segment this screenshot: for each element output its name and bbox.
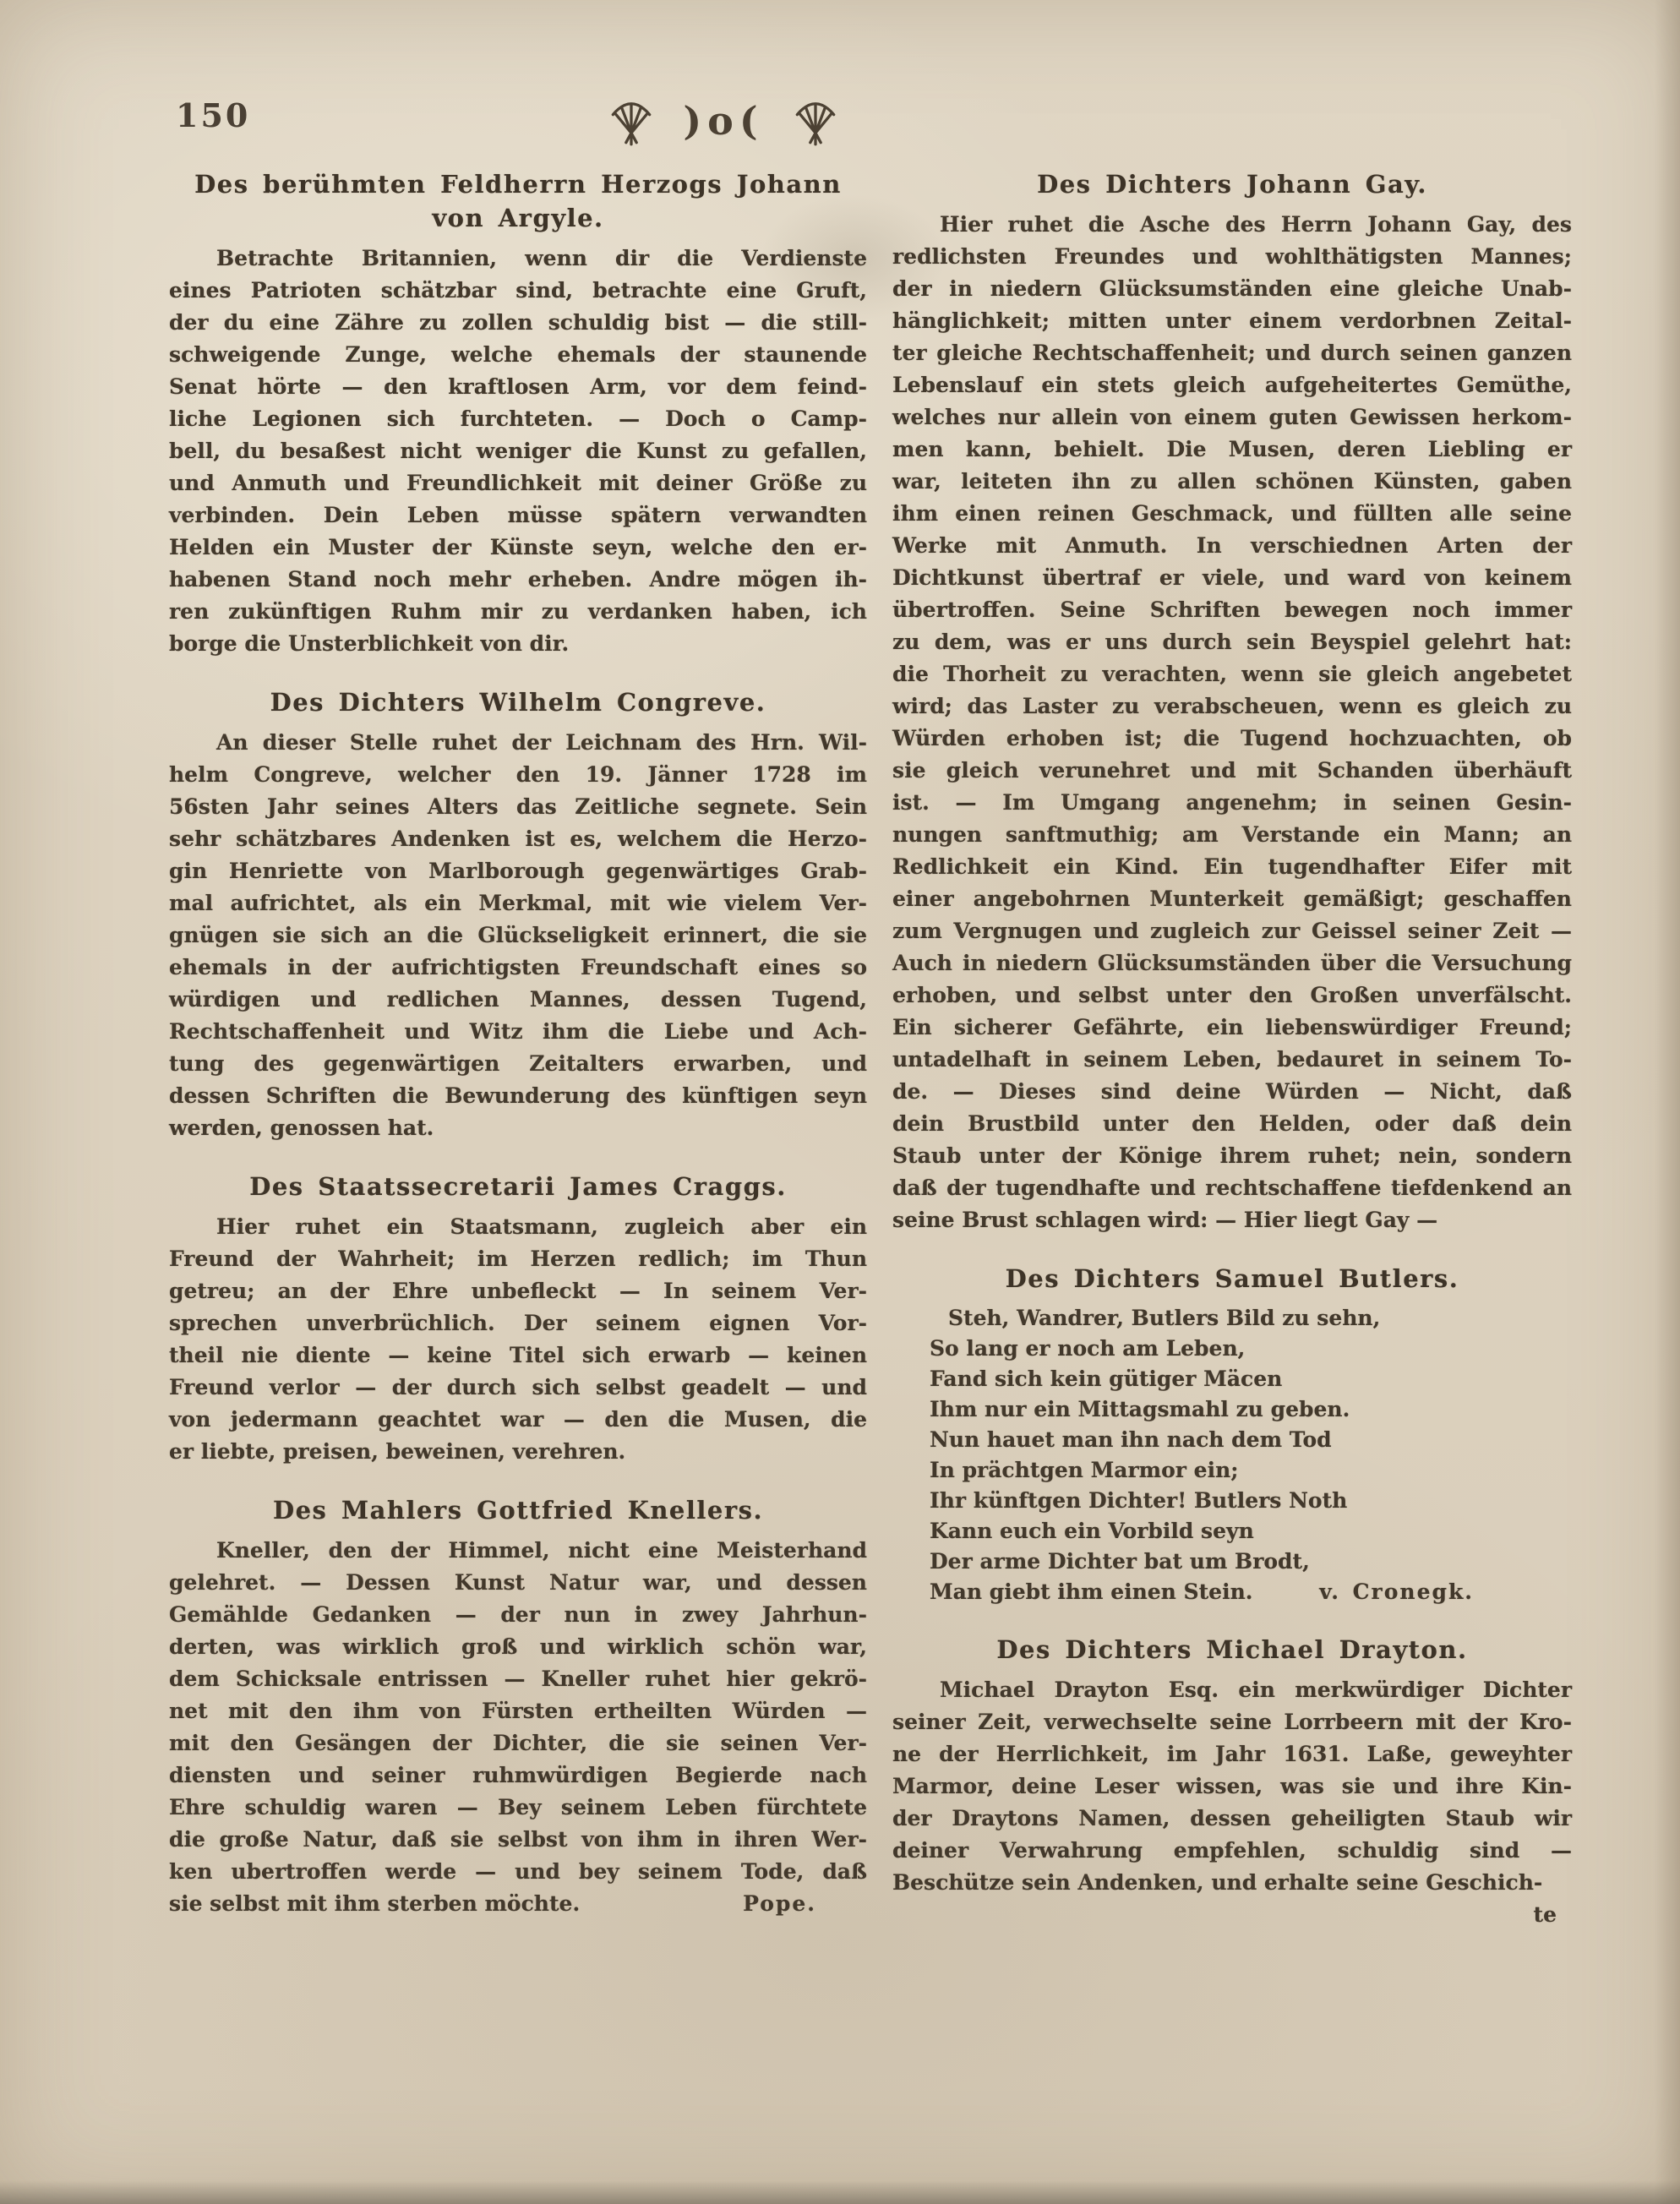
section-body: Hier ruhet die Asche des Herrn Johann Ga… (892, 209, 1572, 1236)
text-line: Hier ruhet die Asche des Herrn Johann Ga… (892, 209, 1572, 241)
text-line: übertroffen. Seine Schriften bewegen noc… (892, 594, 1572, 626)
text-line: Rechtschaffenheit und Witz ihm die Liebe… (169, 1016, 867, 1048)
text-line: zu dem, was er uns durch sein Beyspiel g… (892, 626, 1572, 658)
section-heading: Des Dichters Johann Gay. (892, 167, 1572, 201)
text-line: ter gleiche Rechtschaffenheit; und durch… (892, 337, 1572, 369)
section-body: Kneller, den der Himmel, nicht eine Meis… (169, 1535, 867, 1920)
text-line: die große Natur, daß sie selbst von ihm … (169, 1824, 867, 1856)
text-line: Ein sicherer Gefährte, ein liebenswürdig… (892, 1012, 1572, 1044)
text-line: Würden erhoben ist; die Tugend hochzuach… (892, 723, 1572, 755)
text-line: schweigende Zunge, welche ehemals der st… (169, 339, 867, 371)
poem-line: Man giebt ihm einen Stein.v. Cronegk. (892, 1577, 1572, 1607)
text-line: getreu; an der Ehre unbefleckt — In sein… (169, 1275, 867, 1307)
right-column: Des Dichters Johann Gay.Hier ruhet die A… (892, 167, 1572, 1931)
section-heading: Des Dichters Wilhelm Congreve. (169, 685, 867, 719)
text-line: sie gleich verunehret und mit Schanden ü… (892, 755, 1572, 787)
text-line: Hier ruhet ein Staatsmann, zugleich aber… (169, 1211, 867, 1243)
text-line: seine Brust schlagen wird: — Hier liegt … (892, 1204, 1572, 1236)
text-line: Michael Drayton Esq. ein merkwürdiger Di… (892, 1674, 1572, 1706)
section-body: Betrachte Britannien, wenn dir die Verdi… (169, 243, 867, 660)
text-line: Gemählde Gedanken — der nun in zwey Jahr… (169, 1599, 867, 1631)
text-line: net mit den ihm von Fürsten ertheilten W… (169, 1695, 867, 1727)
epitaph-section: Des Dichters Samuel Butlers.Steh, Wandre… (892, 1262, 1572, 1607)
text-line: ne der Herrlichkeit, im Jahr 1631. Laße,… (892, 1738, 1572, 1770)
text-line: Ehre schuldig waren — Bey seinem Leben f… (169, 1792, 867, 1824)
text-line: 56sten Jahr seines Alters das Zeitliche … (169, 791, 867, 823)
text-line: welches nur allein von einem guten Gewis… (892, 401, 1572, 434)
section-heading: Des berühmten Feldherrn Herzogs Johann (169, 167, 867, 201)
text-line: er liebte, preisen, beweinen, verehren. (169, 1436, 867, 1468)
text-line: dem Schicksale entrissen — Kneller ruhet… (169, 1663, 867, 1695)
text-line: ren zukünftigen Ruhm mir zu verdanken ha… (169, 596, 867, 628)
book-page-scan: 150 )o( Des berühmten Feldherrn Herzogs … (0, 0, 1680, 2204)
text-line: verbinden. Dein Leben müsse spätern verw… (169, 499, 867, 532)
text-line: die Thorheit zu verachten, wenn sie glei… (892, 658, 1572, 690)
text-line: Lebenslauf ein stets gleich aufgeheitert… (892, 369, 1572, 401)
epitaph-section: Des Dichters Wilhelm Congreve.An dieser … (169, 685, 867, 1144)
text-line: daß der tugendhafte und rechtschaffene t… (892, 1172, 1572, 1204)
text-line: seiner Zeit, verwechselte seine Lorrbeer… (892, 1706, 1572, 1738)
epitaph-section: Des Dichters Johann Gay.Hier ruhet die A… (892, 167, 1572, 1236)
poem-line: Kann euch ein Vorbild seyn (892, 1516, 1572, 1547)
text-line: würdigen und redlichen Mannes, dessen Tu… (169, 984, 867, 1016)
text-line: derten, was wirklich groß und wirklich s… (169, 1631, 867, 1663)
text-line: Beschütze sein Andenken, und erhalte sei… (892, 1867, 1572, 1899)
text-line: Senat hörte — den kraftlosen Arm, vor de… (169, 371, 867, 403)
section-body: Michael Drayton Esq. ein merkwürdiger Di… (892, 1674, 1572, 1899)
text-line: erhoben, und selbst unter den Großen unv… (892, 979, 1572, 1012)
poem-line: Fand sich kein gütiger Mäcen (892, 1364, 1572, 1394)
text-line: gin Henriette von Marlborough gegenwärti… (169, 855, 867, 887)
poem-line: Der arme Dichter bat um Brodt, (892, 1547, 1572, 1577)
text-line: dessen Schriften die Bewunderung des kün… (169, 1080, 867, 1112)
section-heading: Des Mahlers Gottfried Knellers. (169, 1493, 867, 1527)
text-line: Werke mit Anmuth. In verschiednen Arten … (892, 530, 1572, 562)
text-line: mal aufrichtet, als ein Merkmal, mit wie… (169, 887, 867, 919)
text-line: Redlichkeit ein Kind. Ein tugendhafter E… (892, 851, 1572, 883)
epitaph-section: Des Staatssecretarii James Craggs.Hier r… (169, 1170, 867, 1468)
section-body: An dieser Stelle ruhet der Leichnam des … (169, 727, 867, 1144)
epitaph-section: Des Mahlers Gottfried Knellers.Kneller, … (169, 1493, 867, 1920)
text-line: der du eine Zähre zu zollen schuldig bis… (169, 307, 867, 339)
text-line: Man giebt ihm einen Stein. (930, 1577, 1252, 1607)
text-line: und Anmuth und Freundlichkeit mit deiner… (169, 467, 867, 499)
left-column: Des berühmten Feldherrn Herzogs Johannvo… (169, 167, 867, 1931)
text-line: der in niedern Glücksumständen eine glei… (892, 273, 1572, 305)
text-line: bell, du besaßest nicht weniger die Kuns… (169, 435, 867, 467)
text-line: liche Legionen sich furchteten. — Doch o… (169, 403, 867, 435)
section-heading: von Argyle. (169, 201, 867, 235)
text-line: tung des gegenwärtigen Zeitalters erwarb… (169, 1048, 867, 1080)
text-line: borge die Unsterblichkeit von dir. (169, 628, 867, 660)
text-line: eines Patrioten schätzbar sind, betracht… (169, 275, 867, 307)
text-line: werden, genossen hat. (169, 1112, 867, 1144)
author-signature: Pope. (743, 1888, 816, 1920)
text-line: sehr schätzbares Andenken ist es, welche… (169, 823, 867, 855)
text-line: sprechen unverbrüchlich. Der seinem eign… (169, 1307, 867, 1339)
text-line: war, leiteten ihn zu allen schönen Künst… (892, 466, 1572, 498)
poem-line: So lang er noch am Leben, (892, 1334, 1572, 1364)
text-line: helm Congreve, welcher den 19. Jänner 17… (169, 759, 867, 791)
epitaph-section: Des berühmten Feldherrn Herzogs Johannvo… (169, 167, 867, 660)
catchword: te (892, 1899, 1572, 1931)
poem-line: Ihr künftgen Dichter! Butlers Noth (892, 1486, 1572, 1516)
text-line: ken ubertroffen werde — und bey seinem T… (169, 1856, 867, 1888)
page-edge-shadow (0, 2180, 1680, 2204)
text-line: habenen Stand noch mehr erheben. Andre m… (169, 564, 867, 596)
section-body: Steh, Wandrer, Butlers Bild zu sehn,So l… (892, 1303, 1572, 1607)
text-line: Betrachte Britannien, wenn dir die Verdi… (169, 243, 867, 275)
text-line: wird; das Laster zu verabscheuen, wenn e… (892, 690, 1572, 723)
text-line: einer angebohrnen Munterkeit gemäßigt; g… (892, 883, 1572, 915)
text-line: ehemals in der aufrichtigsten Freundscha… (169, 952, 867, 984)
text-line: Freund verlor — der durch sich selbst ge… (169, 1372, 867, 1404)
text-line: gelehret. — Dessen Kunst Natur war, und … (169, 1567, 867, 1599)
text-line: Helden ein Muster der Künste seyn, welch… (169, 532, 867, 564)
text-line: ist. — Im Umgang angenehm; in seinen Ges… (892, 787, 1572, 819)
text-line: redlichsten Freundes und wohlthätigsten … (892, 241, 1572, 273)
text-line: de. — Dieses sind deine Würden — Nicht, … (892, 1076, 1572, 1108)
text-line: Dichtkunst übertraf er viele, und ward v… (892, 562, 1572, 594)
section-heading: Des Staatssecretarii James Craggs. (169, 1170, 867, 1203)
author-signature: v. Cronegk. (1319, 1577, 1474, 1607)
poem-line: Ihm nur ein Mittagsmahl zu geben. (892, 1394, 1572, 1425)
text-line: An dieser Stelle ruhet der Leichnam des … (169, 727, 867, 759)
text-line: Auch in niedern Glücksumständen über die… (892, 947, 1572, 979)
poem-line: In prächtgen Marmor ein; (892, 1455, 1572, 1486)
text-line: Freund der Wahrheit; im Herzen redlich; … (169, 1243, 867, 1275)
text-line: von jedermann geachtet war — den die Mus… (169, 1404, 867, 1436)
text-line: dein Brustbild unter den Helden, oder da… (892, 1108, 1572, 1140)
epitaph-section: Des Dichters Michael Drayton.Michael Dra… (892, 1633, 1572, 1899)
section-body: Hier ruhet ein Staatsmann, zugleich aber… (169, 1211, 867, 1468)
text-line: Staub unter der Könige ihrem ruhet; nein… (892, 1140, 1572, 1172)
text-columns: Des berühmten Feldherrn Herzogs Johannvo… (0, 0, 1680, 1931)
text-line: gnügen sie sich an die Glückseligkeit er… (169, 919, 867, 952)
text-line: diensten und seiner ruhmwürdigen Begierd… (169, 1759, 867, 1792)
text-line: sie selbst mit ihm sterben möchte.Pope. (169, 1888, 867, 1920)
text-line: sie selbst mit ihm sterben möchte. (169, 1888, 580, 1920)
text-line: zum Vergnugen und zugleich zur Geissel s… (892, 915, 1572, 947)
text-line: theil nie diente — keine Titel sich erwa… (169, 1339, 867, 1372)
text-line: untadelhaft in seinem Leben, bedauret in… (892, 1044, 1572, 1076)
text-line: mit den Gesängen der Dichter, die sie se… (169, 1727, 867, 1759)
section-heading: Des Dichters Michael Drayton. (892, 1633, 1572, 1667)
poem-line: Nun hauet man ihn nach dem Tod (892, 1425, 1572, 1455)
text-line: ihm einen reinen Geschmack, und füllten … (892, 498, 1572, 530)
section-heading: Des Dichters Samuel Butlers. (892, 1262, 1572, 1296)
text-line: der Draytons Namen, dessen geheiligten S… (892, 1803, 1572, 1835)
text-line: nungen sanftmuthig; am Verstande ein Man… (892, 819, 1572, 851)
poem-line: Steh, Wandrer, Butlers Bild zu sehn, (892, 1303, 1572, 1334)
text-line: hänglichkeit; mitten unter einem verdorb… (892, 305, 1572, 337)
text-line: deiner Verwahrung empfehlen, schuldig si… (892, 1835, 1572, 1867)
text-line: Marmor, deine Leser wissen, was sie und … (892, 1770, 1572, 1803)
text-line: men kann, behielt. Die Musen, deren Lieb… (892, 434, 1572, 466)
text-line: Kneller, den der Himmel, nicht eine Meis… (169, 1535, 867, 1567)
